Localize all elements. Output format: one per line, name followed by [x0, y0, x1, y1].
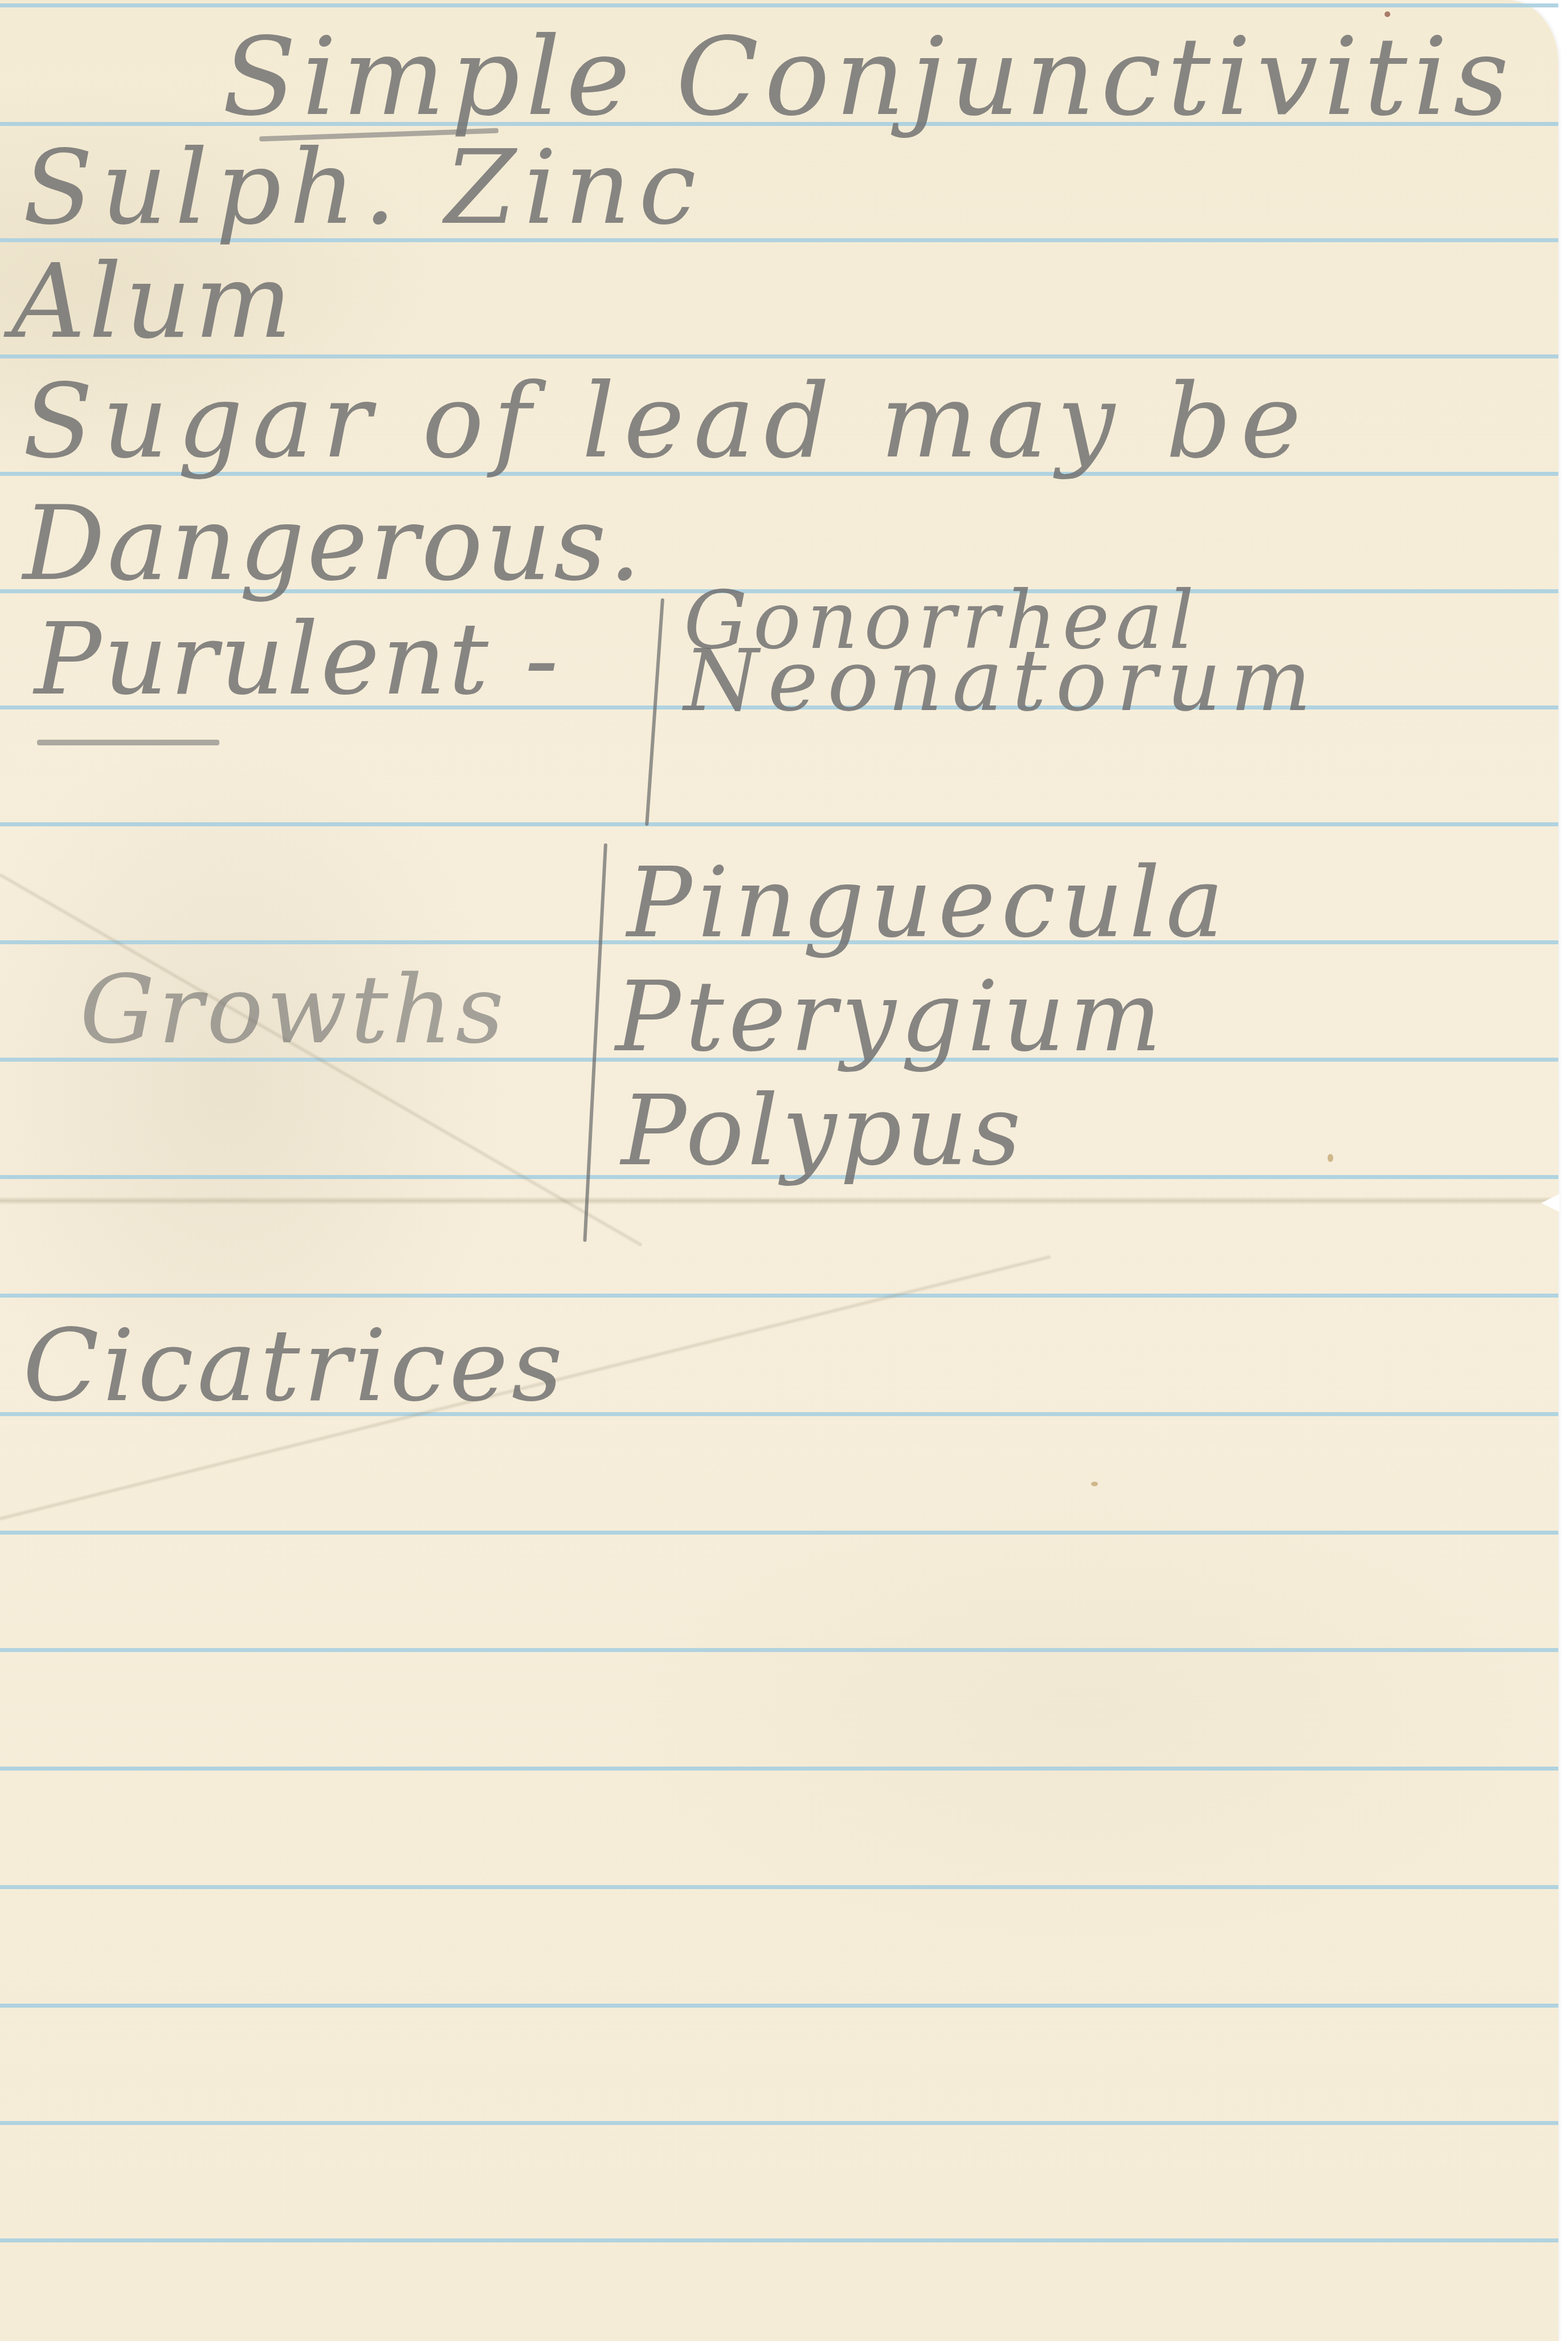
ruled-line	[0, 3, 1558, 7]
purulent-bracket	[645, 598, 664, 826]
note-line-sulph-zinc: Sulph. Zinc	[23, 137, 704, 239]
fold-crease	[0, 1197, 1558, 1205]
ruled-line	[0, 1294, 1558, 1298]
growths-item-polypus: Polypus	[621, 1083, 1024, 1180]
ruled-line	[0, 2004, 1558, 2008]
note-line-sugar-of-lead: Sugar of lead may be	[23, 370, 1310, 473]
page-title: Simple Conjunctivitis	[222, 23, 1514, 131]
note-line-cicatrices: Cicatrices	[23, 1316, 566, 1416]
growths-label: Growths	[80, 963, 508, 1057]
ruled-line	[0, 1885, 1558, 1889]
ruled-line	[0, 822, 1558, 826]
ruled-line	[0, 2121, 1558, 2125]
notebook-page: Simple Conjunctivitis Sulph. Zinc Alum S…	[0, 0, 1558, 2341]
purulent-label: Purulent -	[34, 610, 561, 709]
paper-speck	[1091, 1482, 1098, 1486]
ruled-line	[0, 1767, 1558, 1771]
ruled-line	[0, 1531, 1558, 1535]
edge-notch	[1541, 1194, 1559, 1212]
paper-speck	[1328, 1154, 1333, 1162]
note-line-alum: Alum	[11, 251, 295, 353]
growths-item-pinguecula: Pinguecula	[627, 855, 1230, 952]
ruled-line	[0, 1648, 1558, 1652]
growths-bracket	[583, 843, 607, 1242]
ruled-line	[0, 2238, 1558, 2242]
purulent-underline	[37, 740, 219, 745]
growths-item-pterygium: Pterygium	[615, 969, 1166, 1066]
purulent-item-neonatorum: Neonatorum	[684, 638, 1321, 724]
note-line-dangerous: Dangerous.	[23, 493, 643, 596]
